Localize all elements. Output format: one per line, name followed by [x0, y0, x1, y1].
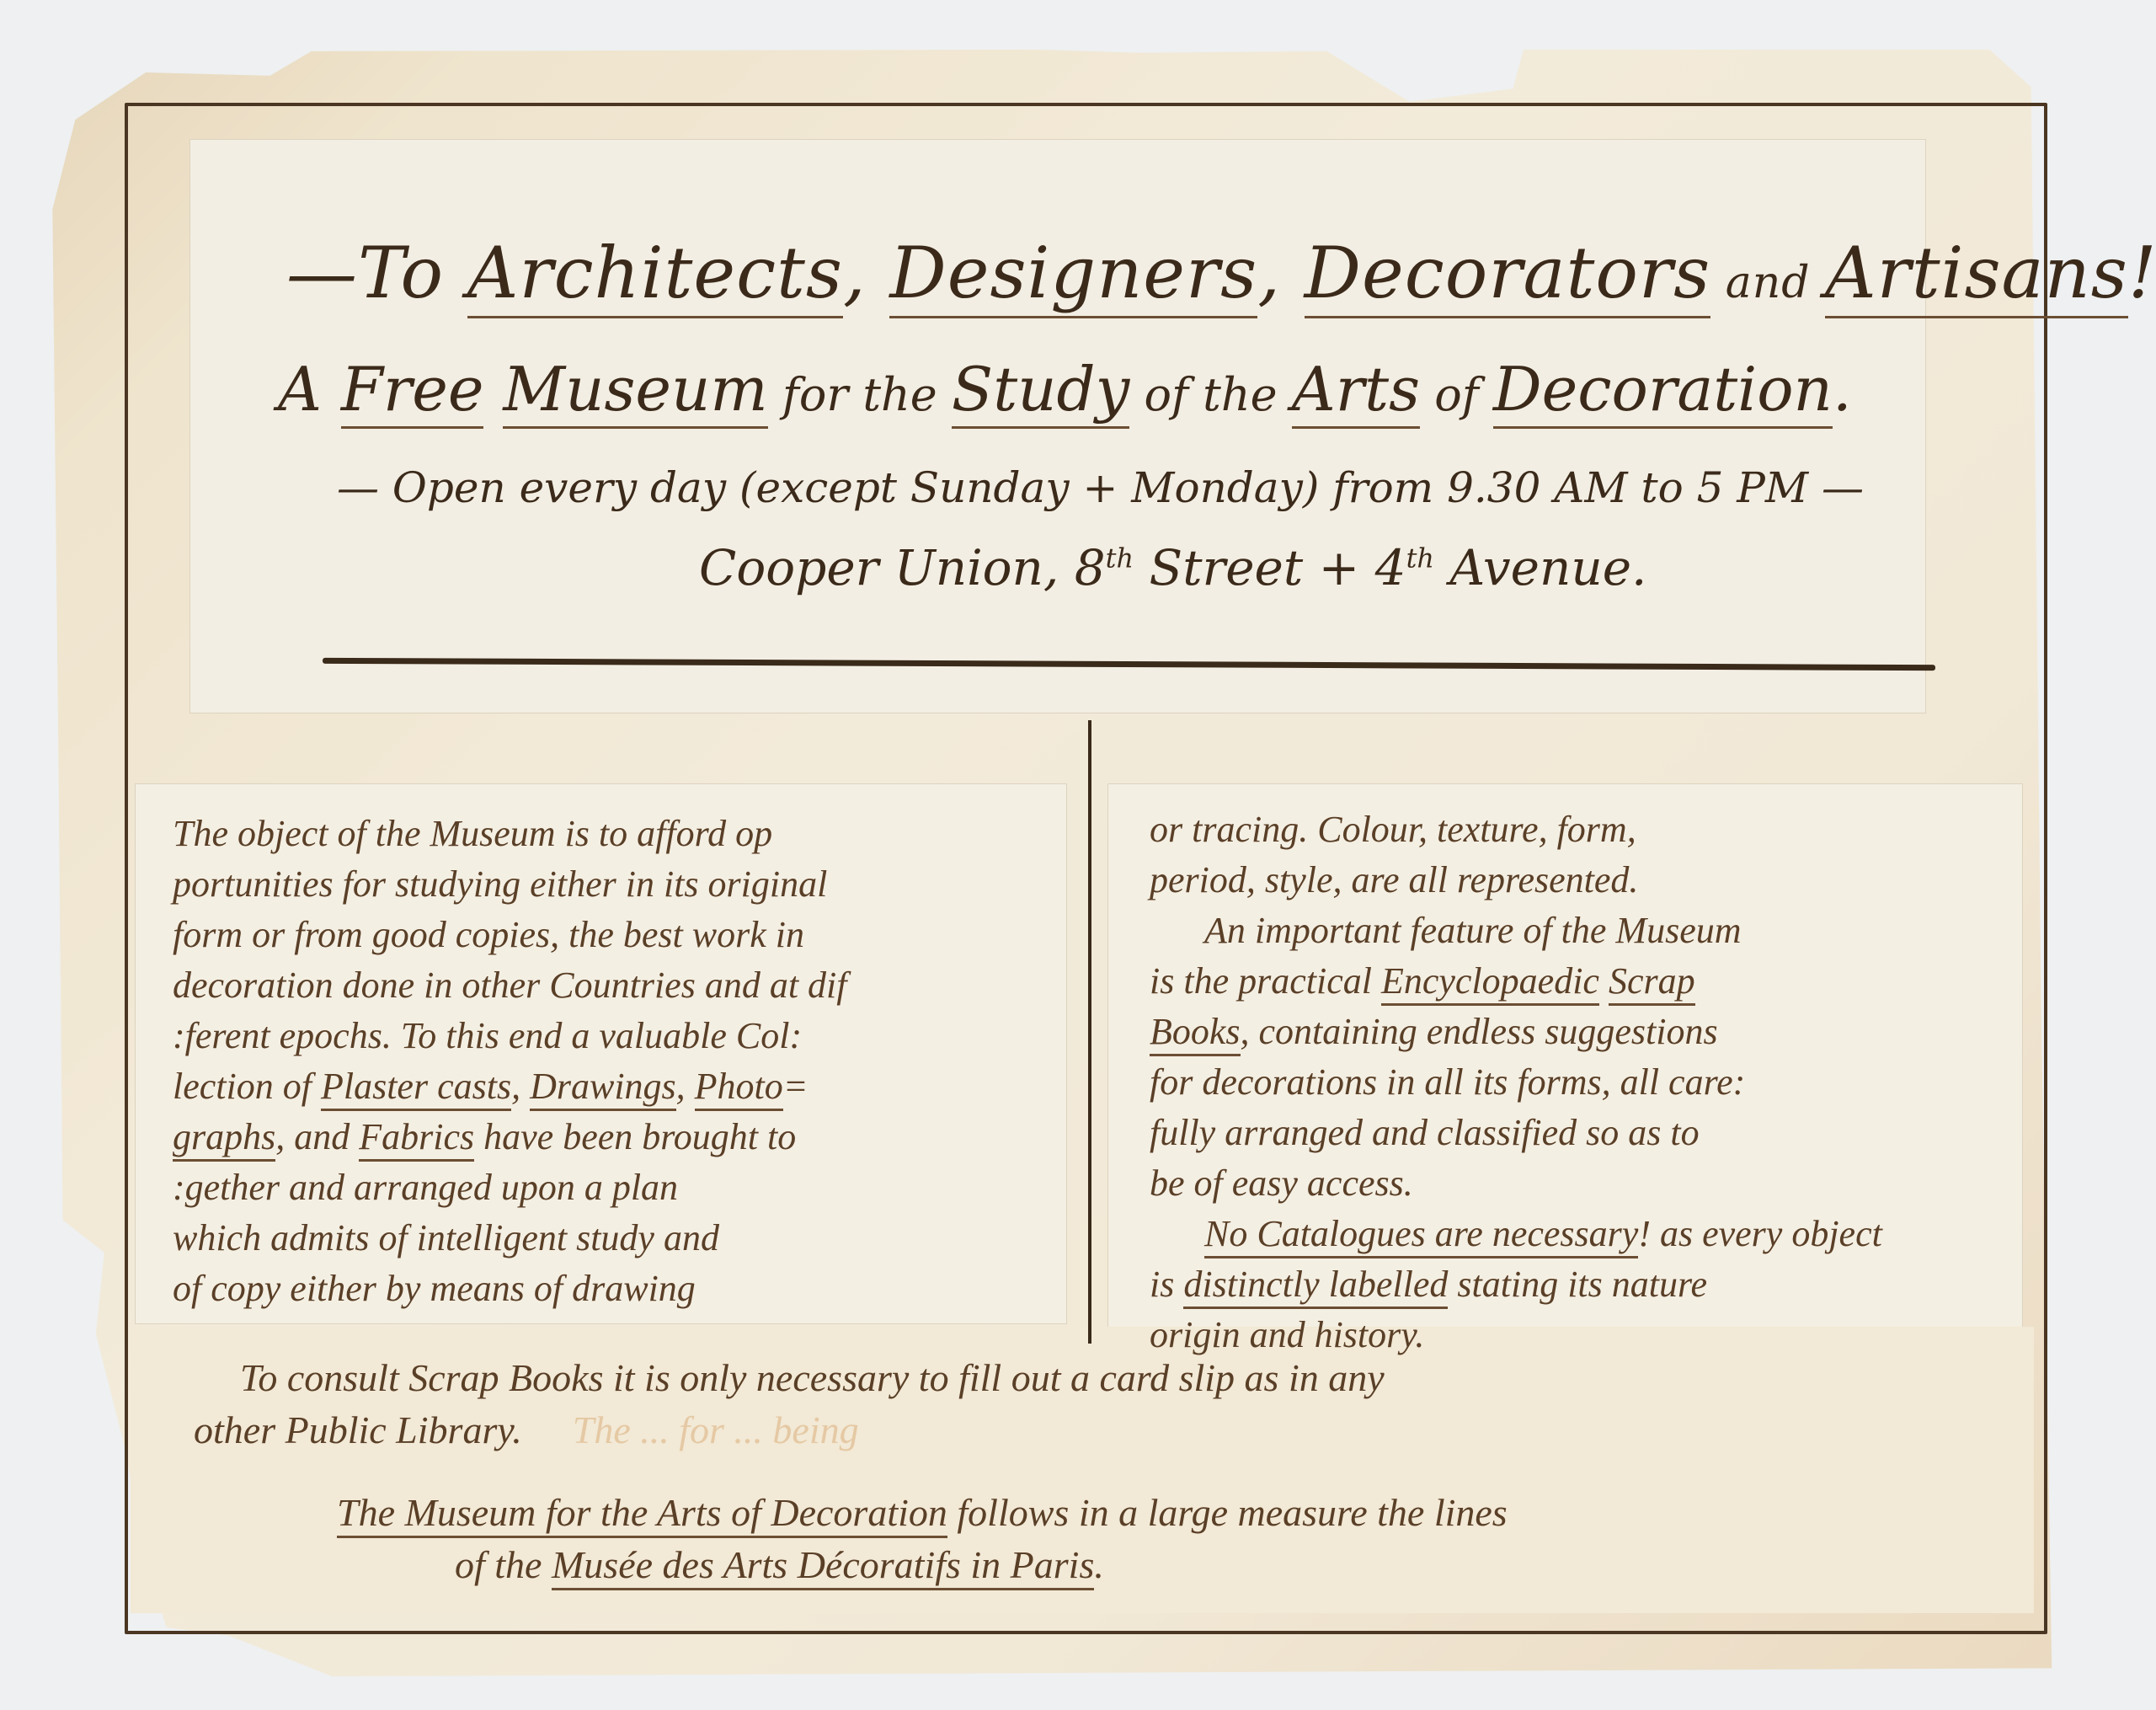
- text-line: portunities for studying either in its o…: [173, 859, 847, 910]
- vertical-divider-rule: [1088, 720, 1091, 1344]
- underlined-fabrics: Fabrics: [359, 1116, 474, 1162]
- text-line: :gether and arranged upon a plan: [173, 1162, 847, 1213]
- text-line: for decorations in all its forms, all ca…: [1150, 1057, 1882, 1108]
- underlined-scrap: Scrap: [1609, 960, 1695, 1006]
- text-fragment: , containing endless suggestions: [1241, 1011, 1718, 1052]
- heading-line-1: —To Architects, Designers, Decorators an…: [286, 232, 1937, 314]
- text-line: No Catalogues are necessary! as every ob…: [1150, 1209, 1882, 1259]
- text-fragment: have been brought to: [474, 1116, 796, 1157]
- text-line: Books, containing endless suggestions: [1150, 1007, 1882, 1057]
- address: Cooper Union, 8th Street + 4th Avenue.: [699, 539, 1710, 596]
- text-fragment: is the practical: [1150, 960, 1381, 1002]
- text-fragment: , and: [275, 1116, 359, 1157]
- text-fragment: other Public Library.: [194, 1408, 522, 1451]
- text-fragment: ,: [676, 1066, 695, 1107]
- underlined-no-catalogues: No Catalogues are necessary: [1204, 1213, 1638, 1258]
- word-decoration: Decoration: [1493, 354, 1833, 429]
- address-part: Avenue.: [1434, 539, 1647, 596]
- word-a: A: [278, 354, 341, 425]
- words-of-the: of the: [1129, 368, 1291, 421]
- word-museum: Museum: [503, 354, 767, 429]
- space: [483, 354, 503, 425]
- text-fragment: ! as every object: [1638, 1213, 1882, 1254]
- words-for-the: for the: [768, 368, 952, 421]
- address-part: Street + 4: [1134, 539, 1406, 596]
- underlined-encyclopaedic: Encyclopaedic: [1381, 960, 1599, 1006]
- text-line: decoration done in other Countries and a…: [173, 960, 847, 1011]
- opening-hours: — Open every day (except Sunday + Monday…: [337, 463, 1937, 512]
- word-of: of: [1420, 368, 1493, 421]
- period: .: [1833, 354, 1852, 425]
- word-free: Free: [341, 354, 484, 429]
- underlined-drawings: Drawings: [530, 1066, 676, 1111]
- consult-line-1: To consult Scrap Books it is only necess…: [240, 1352, 1385, 1404]
- text-fragment: .: [1094, 1543, 1104, 1586]
- text-line: is distinctly labelled stating its natur…: [1150, 1259, 1882, 1310]
- underlined-books: Books: [1150, 1011, 1241, 1056]
- word-and: and: [1710, 258, 1825, 308]
- separator: ,: [1257, 232, 1304, 314]
- text-line: fully arranged and classified so as to: [1150, 1108, 1882, 1158]
- underlined-museum-name: The Museum for the Arts of Decoration: [337, 1491, 947, 1538]
- paris-line-1: The Museum for the Arts of Decoration fo…: [337, 1487, 1508, 1539]
- address-part: Cooper Union, 8: [699, 539, 1106, 596]
- text-fragment: lection of: [173, 1066, 321, 1107]
- text-fragment: follows in a large measure the lines: [947, 1491, 1508, 1534]
- text-line: form or from good copies, the best work …: [173, 910, 847, 960]
- right-column-text: or tracing. Colour, texture, form, perio…: [1150, 804, 1882, 1360]
- consult-line-2: other Public Library.The ... for ... bei…: [194, 1404, 859, 1456]
- word-arts: Arts: [1292, 354, 1420, 429]
- ordinal-suffix: th: [1406, 542, 1434, 574]
- word-artisans: Artisans: [1825, 232, 2128, 318]
- text-line: period, style, are all represented.: [1150, 855, 1882, 906]
- left-column-text: The object of the Museum is to afford op…: [173, 809, 847, 1314]
- text-fragment: is: [1150, 1264, 1183, 1305]
- underlined-plaster-casts: Plaster casts: [321, 1066, 511, 1111]
- text-fragment: =: [783, 1066, 808, 1107]
- text-line: which admits of intelligent study and: [173, 1213, 847, 1264]
- word-architects: Architects: [467, 232, 843, 318]
- heading-prefix: —To: [286, 232, 467, 314]
- heading-line-2: A Free Museum for the Study of the Arts …: [278, 354, 1929, 425]
- underlined-photo: Photo: [695, 1066, 783, 1111]
- underlined-distinctly-labelled: distinctly labelled: [1183, 1264, 1448, 1309]
- text-fragment: of the: [455, 1543, 552, 1586]
- text-line: lection of Plaster casts, Drawings, Phot…: [173, 1061, 847, 1112]
- text-line: of copy either by means of drawing: [173, 1264, 847, 1314]
- text-line: An important feature of the Museum: [1150, 906, 1882, 956]
- faded-erased-text: The ... for ... being: [573, 1408, 859, 1451]
- word-designers: Designers: [889, 232, 1257, 318]
- text-fragment: [1599, 960, 1609, 1002]
- underlined-graphs: graphs: [173, 1116, 275, 1162]
- ordinal-suffix: th: [1106, 542, 1134, 574]
- text-line: be of easy access.: [1150, 1158, 1882, 1209]
- text-line: or tracing. Colour, texture, form,: [1150, 804, 1882, 855]
- word-decorators: Decorators: [1305, 232, 1711, 318]
- paris-line-2: of the Musée des Arts Décoratifs in Pari…: [455, 1539, 1104, 1591]
- text-fragment: stating its nature: [1448, 1264, 1707, 1305]
- text-line: The object of the Museum is to afford op: [173, 809, 847, 859]
- text-fragment: ,: [511, 1066, 530, 1107]
- exclamation: !: [2128, 232, 2156, 314]
- separator: ,: [843, 232, 889, 314]
- text-line: graphs, and Fabrics have been brought to: [173, 1112, 847, 1162]
- text-line: :ferent epochs. To this end a valuable C…: [173, 1011, 847, 1061]
- word-study: Study: [952, 354, 1129, 429]
- text-line: is the practical Encyclopaedic Scrap: [1150, 956, 1882, 1007]
- underlined-musee-name: Musée des Arts Décoratifs in Paris: [552, 1543, 1094, 1590]
